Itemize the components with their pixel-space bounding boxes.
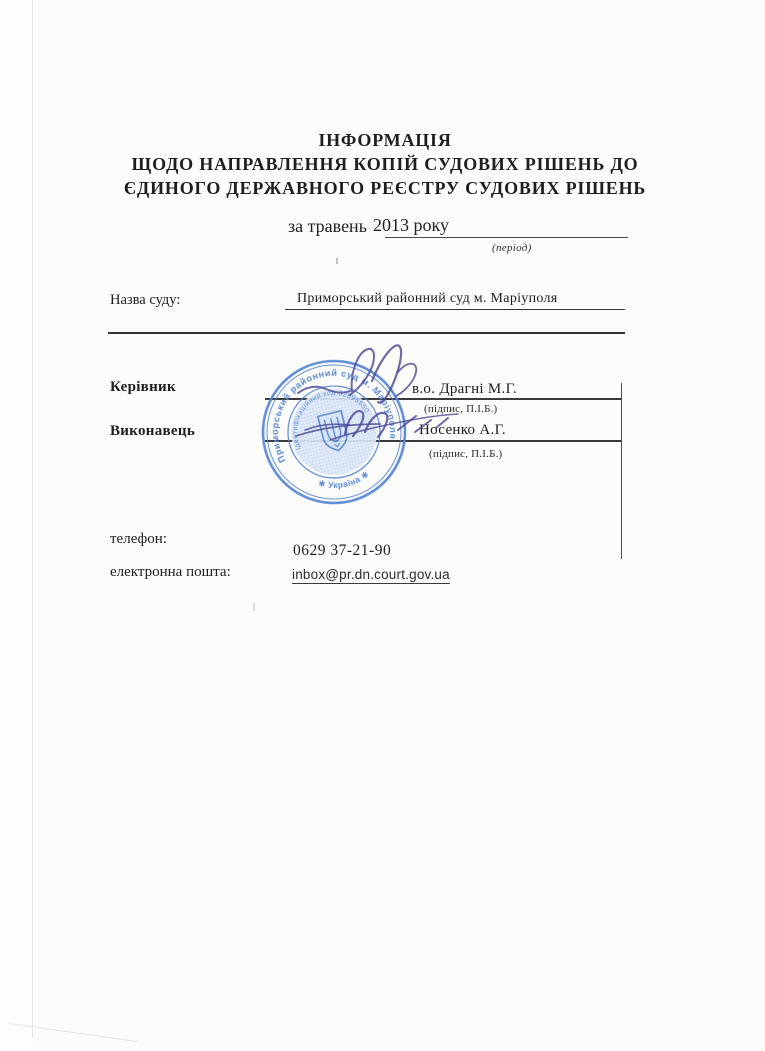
email-label: електронна пошта: <box>110 564 231 581</box>
scan-margin-left <box>0 0 32 1051</box>
title-line-2: ЩОДО НАПРАВЛЕННЯ КОПІЙ СУДОВИХ РІШЕНЬ ДО <box>40 152 730 176</box>
court-name-underline <box>285 309 625 310</box>
scanned-court-report-page: ІНФОРМАЦІЯ ЩОДО НАПРАВЛЕННЯ КОПІЙ СУДОВИ… <box>0 0 765 1051</box>
signatory-role-kerivnyk: Керівник <box>110 379 176 396</box>
email-value: inbox@pr.dn.court.gov.ua <box>292 567 450 584</box>
page-edge-left <box>32 0 33 1038</box>
scan-speck <box>253 603 255 611</box>
court-name-label: Назва суду: <box>110 292 180 309</box>
title-line-1: ІНФОРМАЦІЯ <box>40 128 730 152</box>
period-prefix: за травень <box>288 216 367 237</box>
period-caption: (період) <box>492 242 532 254</box>
title-line-3: ЄДИНОГО ДЕРЖАВНОГО РЕЄСТРУ СУДОВИХ РІШЕН… <box>40 176 730 200</box>
signatory-role-vykonavets: Виконавець <box>110 423 195 440</box>
period-value: 2013 року <box>373 215 449 236</box>
document-title: ІНФОРМАЦІЯ ЩОДО НАПРАВЛЕННЯ КОПІЙ СУДОВИ… <box>40 128 730 200</box>
handwritten-signatures <box>270 330 480 465</box>
phone-value: 0629 37-21-90 <box>293 542 391 560</box>
right-vertical-rule <box>621 383 622 559</box>
signature-kerivnyk-ink <box>298 345 416 402</box>
court-name-value: Приморський районний суд м. Маріуполя <box>297 291 558 307</box>
period-underline <box>385 237 628 238</box>
phone-label: телефон: <box>110 531 167 548</box>
signature-vykonavets-ink <box>296 411 458 440</box>
scan-speck <box>336 258 338 264</box>
